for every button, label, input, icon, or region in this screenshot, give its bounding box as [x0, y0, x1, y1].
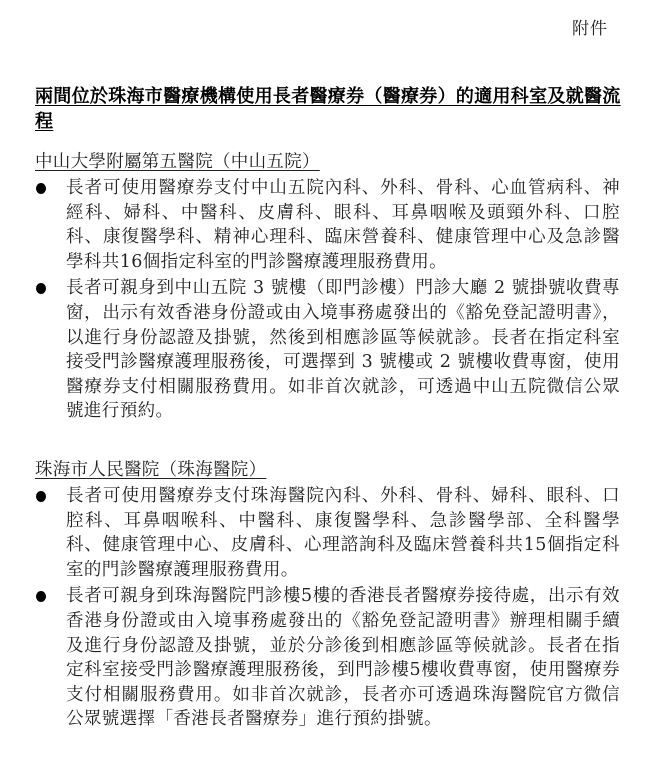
bullet-item-departments: 長者可使用醫療券支付珠海醫院內科、外科、骨科、婦科、眼科、口腔科、耳鼻咽喉科、中… [35, 484, 620, 582]
bullet-dot-icon [36, 491, 46, 502]
annex-label: 附件 [572, 14, 608, 39]
bullet-list: 長者可使用醫療券支付珠海醫院內科、外科、骨科、婦科、眼科、口腔科、耳鼻咽喉科、中… [35, 484, 620, 732]
hospital-name-heading: 中山大學附屬第五醫院（中山五院） [35, 150, 620, 174]
bullet-text: 長者可使用醫療券支付珠海醫院內科、外科、骨科、婦科、眼科、口腔科、耳鼻咽喉科、中… [66, 486, 620, 580]
bullet-text: 長者可親身到珠海醫院門診樓5樓的香港長者醫療券接待處，出示有效香港身份證或由入境… [66, 586, 620, 729]
bullet-dot-icon [36, 183, 46, 194]
section-zhuhai-peoples-hospital: 珠海市人民醫院（珠海醫院） 長者可使用醫療券支付珠海醫院內科、外科、骨科、婦科、… [35, 458, 620, 734]
section-zhongshan-fifth-hospital: 中山大學附屬第五醫院（中山五院） 長者可使用醫療券支付中山五院內科、外科、骨科、… [35, 150, 620, 426]
hospital-name-heading: 珠海市人民醫院（珠海醫院） [35, 458, 620, 482]
bullet-dot-icon [36, 283, 46, 294]
bullet-text: 長者可使用醫療券支付中山五院內科、外科、骨科、心血管病科、神經科、婦科、中醫科、… [66, 178, 620, 272]
bullet-item-procedure: 長者可親身到珠海醫院門診樓5樓的香港長者醫療券接待處，出示有效香港身份證或由入境… [35, 584, 620, 732]
bullet-dot-icon [36, 591, 46, 602]
bullet-item-departments: 長者可使用醫療券支付中山五院內科、外科、骨科、心血管病科、神經科、婦科、中醫科、… [35, 176, 620, 274]
bullet-list: 長者可使用醫療券支付中山五院內科、外科、骨科、心血管病科、神經科、婦科、中醫科、… [35, 176, 620, 424]
bullet-item-procedure: 長者可親身到中山五院 3 號樓（即門診樓）門診大廳 2 號掛號收費專窗，出示有效… [35, 276, 620, 424]
bullet-text: 長者可親身到中山五院 3 號樓（即門診樓）門診大廳 2 號掛號收費專窗，出示有效… [66, 278, 620, 421]
document-title: 兩間位於珠海市醫療機構使用長者醫療券（醫療券）的適用科室及就醫流程 [35, 84, 625, 134]
